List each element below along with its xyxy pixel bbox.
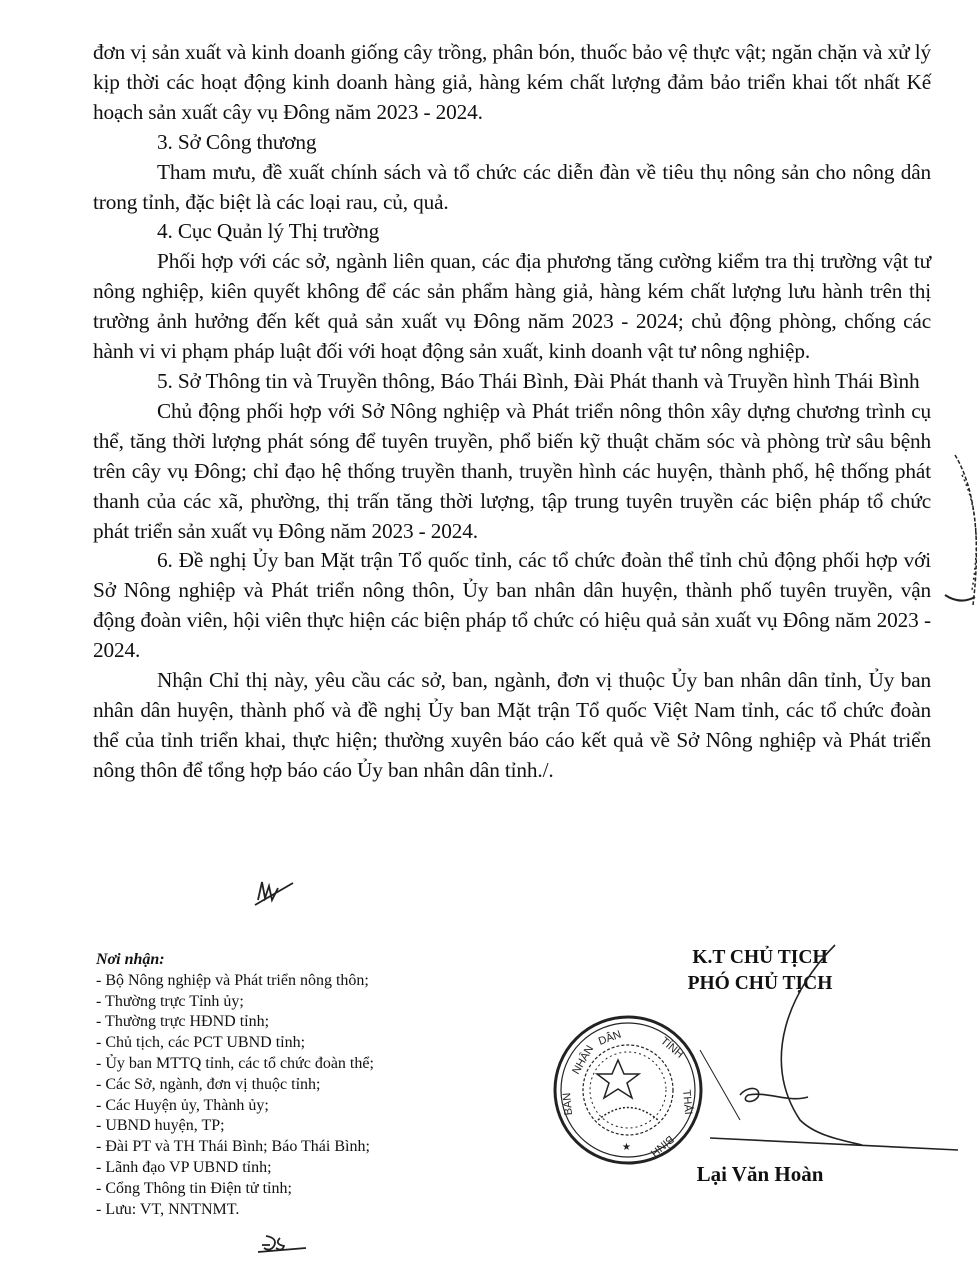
- svg-text:BAN: BAN: [561, 1092, 575, 1116]
- svg-text:NHÂN: NHÂN: [569, 1043, 596, 1077]
- recipient-item: - Chủ tịch, các PCT UBND tỉnh;: [96, 1033, 516, 1054]
- paragraph-continuation: đơn vị sản xuất và kinh doanh giống cây …: [93, 38, 931, 128]
- recipient-item: - Các Sở, ngành, đơn vị thuộc tỉnh;: [96, 1075, 516, 1096]
- recipient-item: - Thường trực HĐND tỉnh;: [96, 1012, 516, 1033]
- document-page: đơn vị sản xuất và kinh doanh giống cây …: [0, 0, 977, 1288]
- official-seal-icon: DÂN NHÂN BAN TỈNH THÁI BÌNH ★: [555, 1017, 701, 1163]
- signature-title-line1: K.T CHỦ TỊCH: [640, 945, 880, 971]
- recipient-item: - Bộ Nông nghiệp và Phát triển nông thôn…: [96, 971, 516, 992]
- recipients-block: Nơi nhận: - Bộ Nông nghiệp và Phát triển…: [96, 950, 516, 1220]
- section-heading-3: 3. Sở Công thương: [93, 128, 931, 158]
- recipient-item: - Thường trực Tỉnh ủy;: [96, 992, 516, 1013]
- closing-paragraph: Nhận Chỉ thị này, yêu cầu các sở, ban, n…: [93, 666, 931, 786]
- section-body-5: Chủ động phối hợp với Sở Nông nghiệp và …: [93, 397, 931, 547]
- svg-text:★: ★: [622, 1142, 631, 1153]
- recipient-item: - Cổng Thông tin Điện tử tỉnh;: [96, 1179, 516, 1200]
- svg-text:THÁI: THÁI: [680, 1089, 695, 1115]
- section-body-3: Tham mưu, đề xuất chính sách và tổ chức …: [93, 158, 931, 218]
- recipients-title: Nơi nhận:: [96, 950, 516, 971]
- signature-title-block: K.T CHỦ TỊCH PHÓ CHỦ TỊCH: [640, 945, 880, 997]
- svg-text:BÌNH: BÌNH: [648, 1133, 677, 1160]
- section-heading-4: 4. Cục Quản lý Thị trường: [93, 217, 931, 247]
- signature-title-line2: PHÓ CHỦ TỊCH: [640, 971, 880, 997]
- section-body-6: 6. Đề nghị Ủy ban Mặt trận Tổ quốc tỉnh,…: [93, 546, 931, 666]
- recipient-item: - UBND huyện, TP;: [96, 1116, 516, 1137]
- recipient-item: - Lưu: VT, NNTNMT.: [96, 1200, 516, 1221]
- recipient-item: - Các Huyện ủy, Thành ủy;: [96, 1096, 516, 1117]
- recipient-item: - Lãnh đạo VP UBND tỉnh;: [96, 1158, 516, 1179]
- recipient-item: - Ủy ban MTTQ tỉnh, các tổ chức đoàn thể…: [96, 1054, 516, 1075]
- recipient-item: - Đài PT và TH Thái Bình; Báo Thái Bình;: [96, 1137, 516, 1158]
- svg-text:DÂN: DÂN: [597, 1028, 623, 1048]
- recipients-list: - Bộ Nông nghiệp và Phát triển nông thôn…: [96, 971, 516, 1221]
- document-body: đơn vị sản xuất và kinh doanh giống cây …: [93, 38, 931, 786]
- svg-text:TỈNH: TỈNH: [658, 1034, 686, 1060]
- section-heading-5: 5. Sở Thông tin và Truyền thông, Báo Thá…: [93, 367, 931, 397]
- page-seal-fragment-icon: [945, 455, 976, 605]
- signer-name: Lại Văn Hoàn: [640, 1162, 880, 1187]
- section-body-4: Phối hợp với các sở, ngành liên quan, cá…: [93, 247, 931, 367]
